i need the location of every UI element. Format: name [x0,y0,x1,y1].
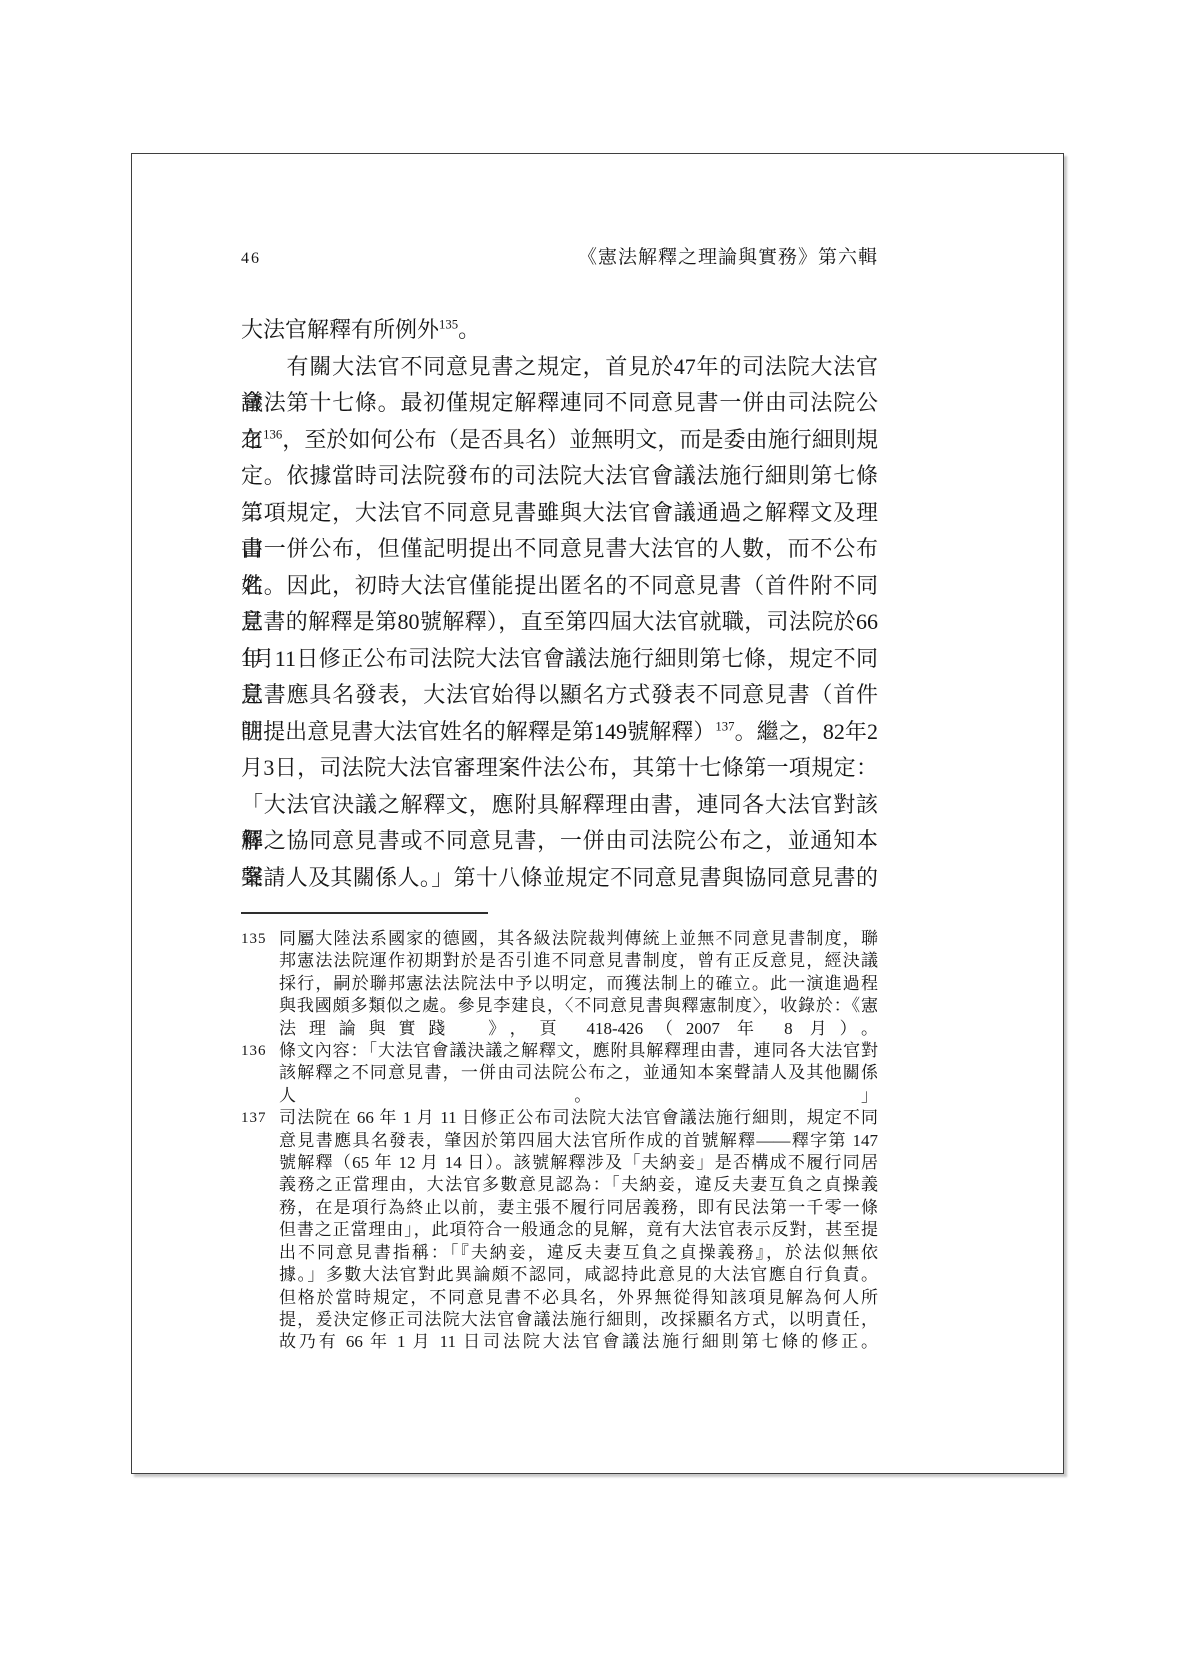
text-line: 同屬大陸法系國家的德國，其各級法院裁判傳統上並無不同意見書制度，聯 [279,928,878,950]
footnote-text: 同屬大陸法系國家的德國，其各級法院裁判傳統上並無不同意見書制度，聯邦憲法法院運作… [279,928,878,1040]
footnote-text: 條文內容：「大法官會議決議之解釋文，應附具解釋理由書，連同各大法官對該解釋之不同… [279,1040,878,1107]
text-line: 「大法官決議之解釋文，應附具解釋理由書，連同各大法官對該解 [241,787,878,824]
text-line: 1月11日修正公布司法院大法官會議法施行細則第七條，規定不同意 [241,641,878,678]
text-line: 之136，至於如何公布（是否具名）並無明文，而是委由施行細則規 [241,422,878,459]
text-line: 但書之正當理由」，此項符合一般通念的見解，竟有大法官表示反對，甚至提 [279,1219,878,1241]
text-line: 書一併公布，但僅記明提出不同意見書大法官的人數，而不公布姓 [241,531,878,568]
text-line: 邦憲法法院運作初期對於是否引進不同意見書制度，曾有正反意見，經決議 [279,950,878,972]
footnote-number: 135 [241,928,267,950]
body-text: 大法官解釋有所例外135。 有關大法官不同意見書之規定，首見於47年的司法院大法… [241,312,878,896]
text-line: 釋之協同意見書或不同意見書，一併由司法院公布之，並通知本案 [241,823,878,860]
page-header: 46 《憲法解釋之理論與實務》第六輯 [241,242,878,269]
text-line: 務，在是項行為終止以前，妻主張不履行同居義務，即有民法第一千零一條 [279,1197,878,1219]
text-line: 大法官解釋有所例外135。 [241,312,878,349]
text-line: 聲請人及其關係人。」第十八條並規定不同意見書與協同意見書的 [241,860,878,897]
text-line: 議法第十七條。最初僅規定解釋連同不同意見書一併由司法院公布 [241,385,878,422]
text-line: 故乃有 66 年 1 月 11 日司法院大法官會議法施行細則第七條的修正。 [279,1331,878,1353]
header-book-title: 《憲法解釋之理論與實務》第六輯 [578,242,878,269]
text-line: 義務之正當理由，大法官多數意見認為：「夫納妾，違反夫妻互負之貞操義 [279,1174,878,1196]
text-line: 與我國頗多類似之處。參見李建良，〈不同意見書與釋憲制度〉，收錄於：《憲 [279,995,878,1017]
text-line: 二項規定，大法官不同意見書雖與大法官會議通過之解釋文及理由 [241,495,878,532]
text-line: 名。因此，初時大法官僅能提出匿名的不同意見書（首件附不同意 [241,568,878,605]
text-line: 見書的解釋是第80號解釋），直至第四屆大法官就職，司法院於66年 [241,604,878,641]
text-line: 但格於當時規定，不同意見書不必具名，外界無從得知該項見解為何人所 [279,1287,878,1309]
document-page: 46 《憲法解釋之理論與實務》第六輯 大法官解釋有所例外135。 有關大法官不同… [131,153,1064,1474]
footnote-ref: 137 [715,719,734,733]
text-line: 出不同意見書指稱：「『夫納妾，違反夫妻互負之貞操義務』，於法似無依 [279,1242,878,1264]
footnotes-section: 135 同屬大陸法系國家的德國，其各級法院裁判傳統上並無不同意見書制度，聯邦憲法… [241,928,878,1354]
text-line: 據。」多數大法官對此異論頗不認同，咸認持此意見的大法官應自行負責。 [279,1264,878,1286]
footnote-136: 136 條文內容：「大法官會議決議之解釋文，應附具解釋理由書，連同各大法官對該解… [241,1040,878,1107]
text-line: 採行，嗣於聯邦憲法法院法中予以明定，而獲法制上的確立。此一演進過程 [279,973,878,995]
footnote-ref: 136 [263,427,282,441]
text-line: 明提出意見書大法官姓名的解釋是第149號解釋）137。繼之，82年2 [241,714,878,751]
text-line: 條文內容：「大法官會議決議之解釋文，應附具解釋理由書，連同各大法官對 [279,1040,878,1062]
text-line: 司法院在 66 年 1 月 11 日修正公布司法院大法官會議法施行細則，規定不同 [279,1107,878,1129]
footnote-separator [241,912,488,914]
page-number: 46 [241,250,261,268]
footnote-137: 137 司法院在 66 年 1 月 11 日修正公布司法院大法官會議法施行細則，… [241,1107,878,1353]
text-line: 見書應具名發表，大法官始得以顯名方式發表不同意見書（首件註 [241,677,878,714]
text-line: 該解釋之不同意見書，一併由司法院公布之，並通知本案聲請人及其他關係 [279,1062,878,1084]
text-line: 有關大法官不同意見書之規定，首見於47年的司法院大法官會 [241,349,878,386]
text-line: 人。」 [279,1085,878,1107]
text-line: 提，爰決定修正司法院大法官會議法施行細則，改採顯名方式，以明責任， [279,1309,878,1331]
footnote-ref: 135 [439,318,458,332]
text-line: 意見書應具名發表，肇因於第四屆大法官所作成的首號解釋——釋字第 147 [279,1130,878,1152]
footnote-number: 136 [241,1040,267,1062]
footnote-text: 司法院在 66 年 1 月 11 日修正公布司法院大法官會議法施行細則，規定不同… [279,1107,878,1353]
footnote-number: 137 [241,1107,267,1129]
text-line: 號解釋（65 年 12 月 14 日）。該號解釋涉及「夫納妾」是否構成不履行同居 [279,1152,878,1174]
text-line: 月3日，司法院大法官審理案件法公布，其第十七條第一項規定： [241,750,878,787]
text-line: 法理論與實踐 》，頁 418-426（2007 年 8 月）。 [279,1018,878,1040]
text-line: 定。依據當時司法院發布的司法院大法官會議法施行細則第七條第 [241,458,878,495]
footnote-135: 135 同屬大陸法系國家的德國，其各級法院裁判傳統上並無不同意見書制度，聯邦憲法… [241,928,878,1040]
